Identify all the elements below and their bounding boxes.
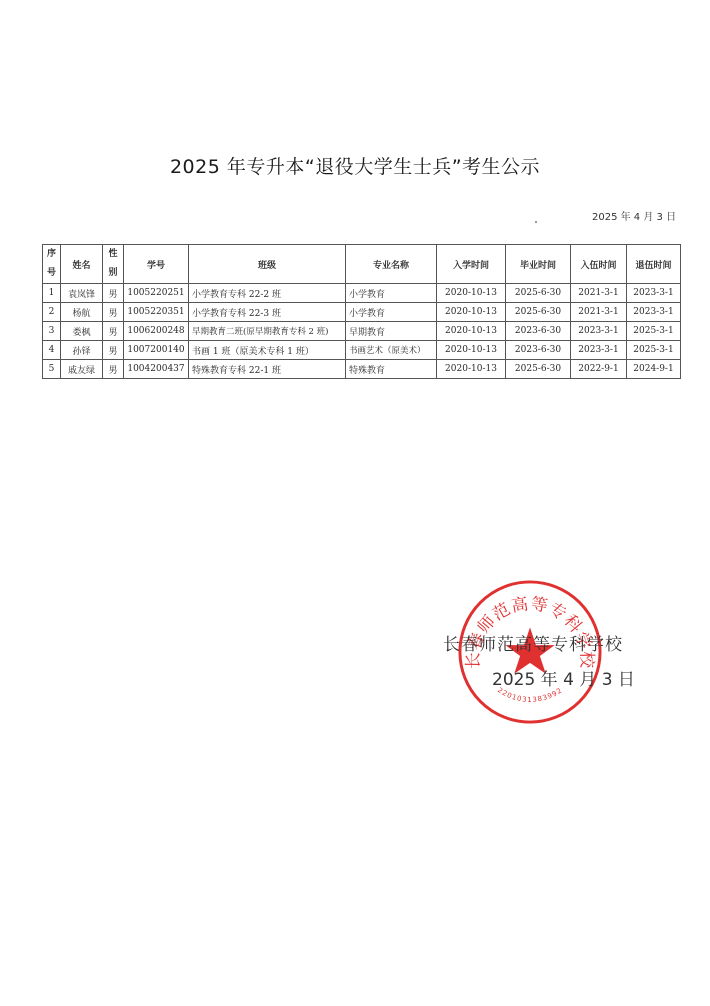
header-name: 姓名: [61, 245, 103, 284]
cell-enroll-date: 2020-10-13: [437, 284, 506, 303]
table-row: 5 戚友绿 男 1004200437 特殊教育专科 22-1 班 特殊教育 20…: [43, 360, 681, 379]
cell-gender: 男: [103, 322, 124, 341]
signature-date: 2025 年 4 月 3 日: [492, 665, 635, 690]
cell-student-id: 1004200437: [124, 360, 189, 379]
cell-major: 小学教育: [346, 303, 437, 322]
cell-discharge-date: 2024-9-1: [627, 360, 681, 379]
table-row: 1 袁岚锋 男 1005220251 小学教育专科 22-2 班 小学教育 20…: [43, 284, 681, 303]
candidate-table: 序号 姓名 性别 学号 班级 专业名称 入学时间 毕业时间 入伍时间 退伍时间 …: [42, 244, 681, 379]
cell-graduate-date: 2025-6-30: [506, 360, 571, 379]
header-gender: 性别: [103, 245, 124, 284]
cell-enlist-date: 2022-9-1: [571, 360, 627, 379]
cell-gender: 男: [103, 360, 124, 379]
cell-class: 小学教育专科 22-2 班: [189, 284, 346, 303]
cell-enlist-date: 2023-3-1: [571, 322, 627, 341]
cell-graduate-date: 2023-6-30: [506, 341, 571, 360]
table-row: 2 杨航 男 1005220351 小学教育专科 22-3 班 小学教育 202…: [43, 303, 681, 322]
header-student-id: 学号: [124, 245, 189, 284]
cell-name: 袁岚锋: [61, 284, 103, 303]
scan-speck: [535, 221, 537, 223]
cell-name: 娄枫: [61, 322, 103, 341]
cell-graduate-date: 2025-6-30: [506, 303, 571, 322]
header-enroll-date: 入学时间: [437, 245, 506, 284]
cell-major: 小学教育: [346, 284, 437, 303]
cell-discharge-date: 2025-3-1: [627, 341, 681, 360]
cell-index: 4: [43, 341, 61, 360]
cell-class: 早期教育二班(原早期教育专科 2 班): [189, 322, 346, 341]
cell-class: 书画 1 班（原美术专科 1 班）: [189, 341, 346, 360]
cell-enroll-date: 2020-10-13: [437, 303, 506, 322]
cell-index: 3: [43, 322, 61, 341]
header-enlist-date: 入伍时间: [571, 245, 627, 284]
cell-discharge-date: 2025-3-1: [627, 322, 681, 341]
header-major: 专业名称: [346, 245, 437, 284]
table-row: 4 孙铎 男 1007200140 书画 1 班（原美术专科 1 班） 书画艺术…: [43, 341, 681, 360]
cell-enlist-date: 2023-3-1: [571, 341, 627, 360]
header-graduate-date: 毕业时间: [506, 245, 571, 284]
cell-major: 书画艺术（原美术）: [346, 341, 437, 360]
cell-class: 特殊教育专科 22-1 班: [189, 360, 346, 379]
cell-student-id: 1005220251: [124, 284, 189, 303]
cell-student-id: 1007200140: [124, 341, 189, 360]
cell-enroll-date: 2020-10-13: [437, 322, 506, 341]
cell-discharge-date: 2023-3-1: [627, 284, 681, 303]
cell-gender: 男: [103, 284, 124, 303]
cell-gender: 男: [103, 341, 124, 360]
cell-name: 孙铎: [61, 341, 103, 360]
cell-major: 特殊教育: [346, 360, 437, 379]
cell-graduate-date: 2023-6-30: [506, 322, 571, 341]
cell-name: 杨航: [61, 303, 103, 322]
cell-enlist-date: 2021-3-1: [571, 303, 627, 322]
table-row: 3 娄枫 男 1006200248 早期教育二班(原早期教育专科 2 班) 早期…: [43, 322, 681, 341]
cell-index: 5: [43, 360, 61, 379]
cell-class: 小学教育专科 22-3 班: [189, 303, 346, 322]
header-index: 序号: [43, 245, 61, 284]
document-title: 2025 年专升本“退役大学生士兵”考生公示: [0, 152, 710, 179]
cell-enroll-date: 2020-10-13: [437, 341, 506, 360]
cell-gender: 男: [103, 303, 124, 322]
signature-school: 长春师范高等专科学校: [443, 630, 623, 655]
table-header-row: 序号 姓名 性别 学号 班级 专业名称 入学时间 毕业时间 入伍时间 退伍时间: [43, 245, 681, 284]
cell-student-id: 1005220351: [124, 303, 189, 322]
cell-name: 戚友绿: [61, 360, 103, 379]
cell-index: 1: [43, 284, 61, 303]
cell-major: 早期教育: [346, 322, 437, 341]
cell-enroll-date: 2020-10-13: [437, 360, 506, 379]
cell-discharge-date: 2023-3-1: [627, 303, 681, 322]
cell-graduate-date: 2025-6-30: [506, 284, 571, 303]
publish-date: 2025 年 4 月 3 日: [592, 208, 676, 223]
header-class: 班级: [189, 245, 346, 284]
header-discharge-date: 退伍时间: [627, 245, 681, 284]
cell-enlist-date: 2021-3-1: [571, 284, 627, 303]
cell-index: 2: [43, 303, 61, 322]
cell-student-id: 1006200248: [124, 322, 189, 341]
